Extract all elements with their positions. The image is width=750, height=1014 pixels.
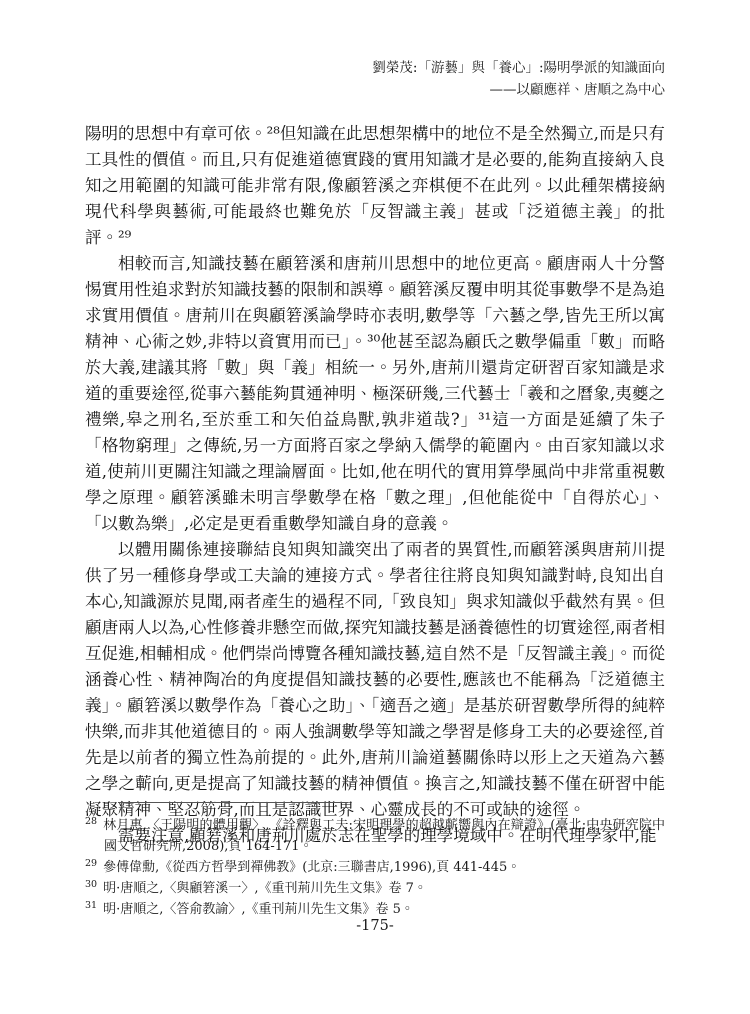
paragraph: 陽明的思想中有章可依。²⁸但知識在此思想架構中的地位不是全然獨立,而是只有工具性… bbox=[85, 121, 665, 251]
footnote: 28林月惠,〈王陽明的體用觀〉,《詮釋與工夫:宋明理學的超越蘄嚮與內在辯證》(臺… bbox=[85, 815, 665, 857]
footnote-separator bbox=[118, 802, 348, 803]
footnotes: 28林月惠,〈王陽明的體用觀〉,《詮釋與工夫:宋明理學的超越蘄嚮與內在辯證》(臺… bbox=[85, 815, 665, 920]
footnote: 31明·唐順之,〈答俞教諭〉,《重刊荊川先生文集》卷 5。 bbox=[85, 899, 665, 920]
footnote-number: 31 bbox=[85, 900, 97, 911]
footnote-text: 明·唐順之,〈答俞教諭〉,《重刊荊川先生文集》卷 5。 bbox=[103, 902, 414, 917]
footnote: 30明·唐順之,〈與顧箬溪一〉,《重刊荊川先生文集》卷 7。 bbox=[85, 878, 665, 899]
footnote-number: 28 bbox=[85, 816, 97, 827]
running-header-line2: ——以顧應祥、唐順之為中心 bbox=[85, 79, 665, 101]
body-text: 陽明的思想中有章可依。²⁸但知識在此思想架構中的地位不是全然獨立,而是只有工具性… bbox=[85, 121, 665, 849]
footnote-number: 30 bbox=[85, 879, 97, 890]
paragraph: 相較而言,知識技藝在顧箬溪和唐荊川思想中的地位更高。顧唐兩人十分警惕實用性追求對… bbox=[85, 251, 665, 537]
document-page: 劉榮茂:「游藝」與「養心」:陽明學派的知識面向 ——以顧應祥、唐順之為中心 陽明… bbox=[0, 0, 750, 1014]
footnote: 29參傅偉勳,《從西方哲學到禪佛教》(北京:三聯書店,1996),頁 441-4… bbox=[85, 857, 665, 878]
footnote-text: 參傅偉勳,《從西方哲學到禪佛教》(北京:三聯書店,1996),頁 441-445… bbox=[103, 860, 520, 875]
footnote-text: 明·唐順之,〈與顧箬溪一〉,《重刊荊川先生文集》卷 7。 bbox=[103, 881, 427, 896]
running-header-line1: 劉榮茂:「游藝」與「養心」:陽明學派的知識面向 bbox=[85, 57, 665, 79]
footnote-text: 林月惠,〈王陽明的體用觀〉,《詮釋與工夫:宋明理學的超越蘄嚮與內在辯證》(臺北:… bbox=[103, 818, 665, 854]
paragraph: 以體用關係連接聯結良知與知識突出了兩者的異質性,而顧箬溪與唐荊川提供了另一種修身… bbox=[85, 537, 665, 823]
footnote-number: 29 bbox=[85, 858, 97, 869]
page-number: -175- bbox=[0, 918, 750, 934]
running-header: 劉榮茂:「游藝」與「養心」:陽明學派的知識面向 ——以顧應祥、唐順之為中心 bbox=[85, 57, 665, 101]
